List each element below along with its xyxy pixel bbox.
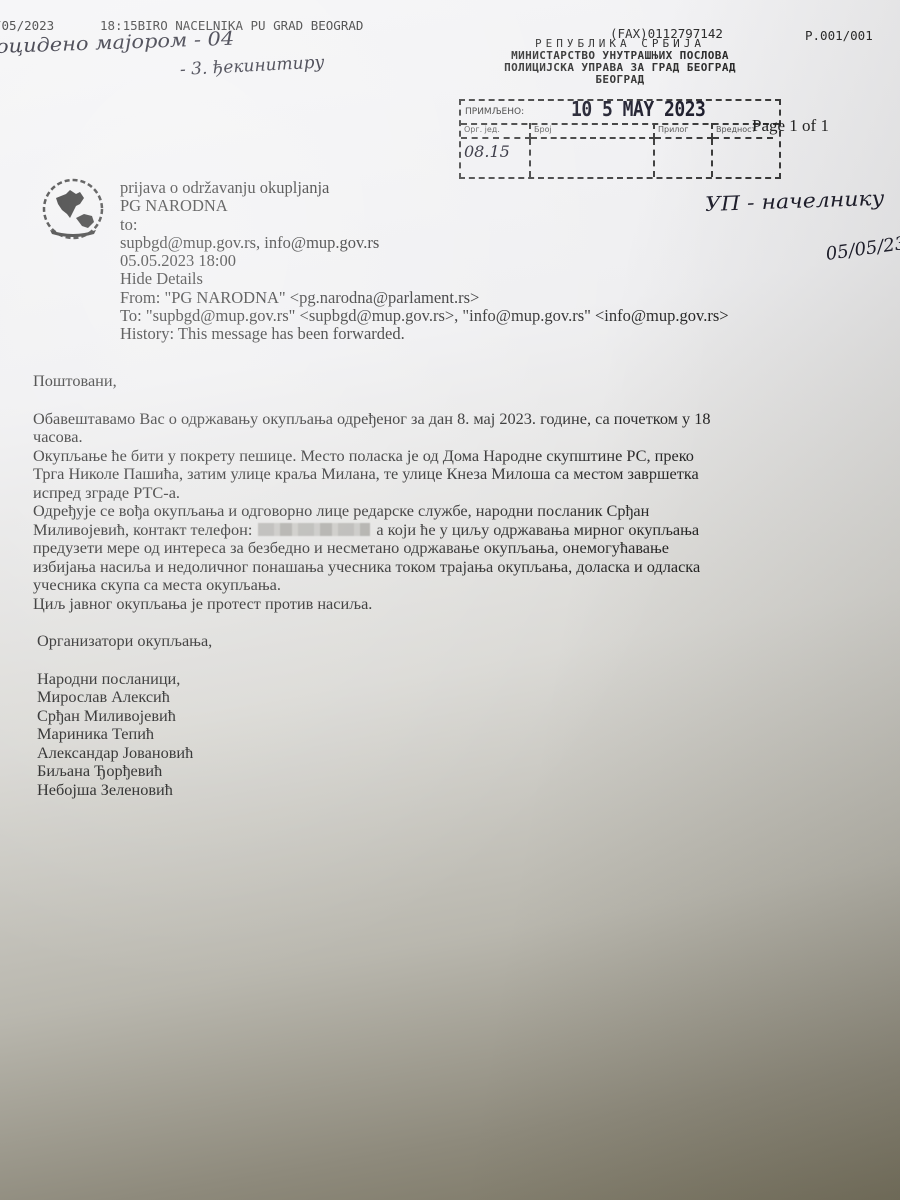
email-to-label: to: [120,216,729,234]
p2-line3: испред зграде РТС-а. [33,484,853,503]
p3-line2: Миливојевић, контакт телефон:а који ће у… [33,521,853,540]
ministry-city: БЕОГРАД [455,74,785,86]
signer: Биљана Ђорђевић [37,762,853,781]
ministry-header: РЕПУБЛИКА СРБИЈА МИНИСТАРСТВО УНУТРАШЊИХ… [455,38,785,86]
signer: Мирослав Алексић [37,688,853,707]
stamp-value-value [713,139,773,177]
email-to-line: To: "supbgd@mup.gov.rs" <supbgd@mup.gov.… [120,307,729,325]
email-recipients: supbgd@mup.gov.rs, info@mup.gov.rs [120,234,729,252]
signer: Небојша Зеленовић [37,781,853,800]
p3-line1: Одређује се вођа окупљања и одговорно ли… [33,502,853,521]
fax-page-counter: P.001/001 [805,28,873,43]
email-from-line: From: "PG NARODNA" <pg.narodna@parlament… [120,289,729,307]
stamp-received-date: 10 5 MAY 2023 [571,97,705,121]
p3-line2-start: Миливојевић, контакт телефон: [33,520,252,539]
p1-line1: Обавештавамо Вас о одржавању окупљања од… [33,410,853,429]
globe-logo-icon [40,176,106,242]
signers-block: Народни посланици, Мирослав Алексић Срђа… [33,670,853,800]
stamp-received-label: ПРИМЉЕНО: [465,107,524,117]
stamp-org-value: 08.15 [461,139,531,177]
stamp-col-org: Орг. јед. [461,123,531,139]
stamp-col-number: Број [531,123,655,139]
p2-line1: Окупљање ће бити у покрету пешице. Место… [33,447,853,466]
email-history-line: History: This message has been forwarded… [120,325,729,343]
letter-body: Поштовани, Обавештавамо Вас о одржавању … [33,372,853,799]
organizers-label: Организатори окупљања, [33,632,853,651]
received-stamp: ПРИМЉЕНО: 10 5 MAY 2023 Орг. јед. Број П… [459,99,781,179]
p3-line5: учесника скупа са места окупљања. [33,576,853,595]
handwritten-note-right: УП - начелнику [705,186,885,216]
signer: Александар Јовановић [37,744,853,763]
signer: Срђан Миливојевић [37,707,853,726]
handwritten-note-top-left-2: - 3. ђекинитиру [179,52,324,80]
email-header: prijava o održavanju okupljanja PG NAROD… [120,179,729,344]
hide-details-link: Hide Details [120,270,729,288]
letter-salutation: Поштовани, [33,372,853,391]
email-subject: prijava o održavanju okupljanja [120,179,729,197]
page-indicator: Page 1 of 1 [752,116,829,136]
email-datetime: 05.05.2023 18:00 [120,252,729,270]
p3-line4: избијања насиља и недоличног понашања уч… [33,558,853,577]
p2-line2: Трга Николе Пашића, затим улице краља Ми… [33,465,853,484]
p4: Циљ јавног окупљања је протест против на… [33,595,853,614]
signers-title: Народни посланици, [37,670,853,689]
p3-line2-end: а који ће у циљу одржавања мирног окупља… [376,520,699,539]
p3-line3: предузети мере од интереса за безбедно и… [33,539,853,558]
redacted-phone-blur [258,523,370,536]
handwritten-date-right: 05/05/23 [825,233,900,265]
p1-line2: часова. [33,428,853,447]
fax-date: /05/2023 [0,18,54,33]
stamp-col-attachment: Прилог [655,123,713,139]
signer: Мариника Тепић [37,725,853,744]
stamp-number-value [531,139,655,177]
email-sender-name: PG NARODNA [120,197,729,215]
stamp-attachment-value [655,139,713,177]
